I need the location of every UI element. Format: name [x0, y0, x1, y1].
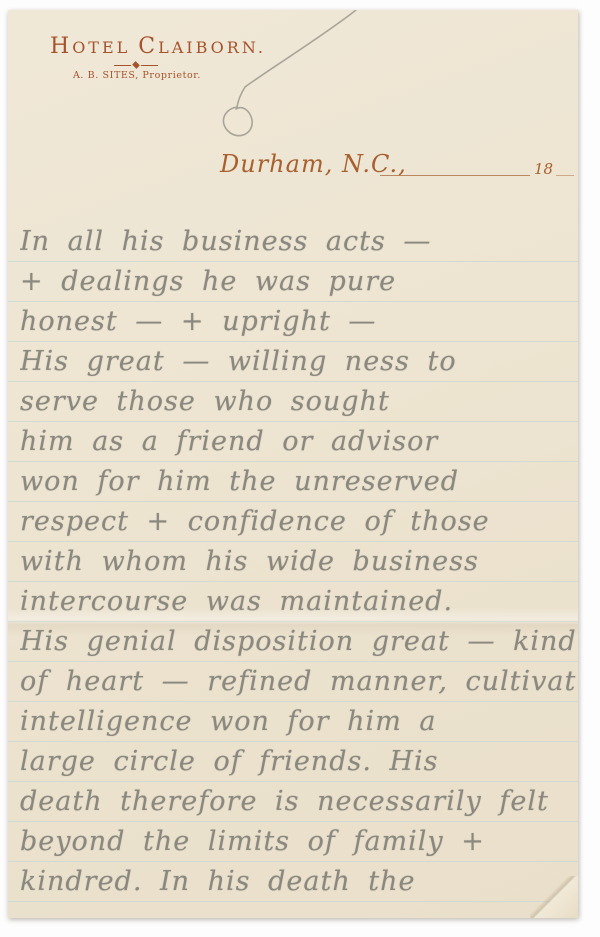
letter-line: large circle of friends. His — [20, 742, 576, 782]
letter-line: His great — willing ness to — [20, 342, 576, 382]
letter-line: His genial disposition great — kindness — [20, 622, 576, 662]
letter-line: respect + confidence of those — [20, 502, 576, 542]
letter-line: honest — + upright — — [20, 302, 576, 342]
letter-line: death therefore is necessarily felt — [20, 782, 576, 822]
letter-line: serve those who sought — [20, 382, 576, 422]
diamond-shape — [132, 61, 140, 69]
dateline-year-prefix: 18 — [534, 160, 553, 178]
dateline-blank-line — [380, 146, 530, 176]
diamond-rule-icon — [114, 62, 158, 68]
letter-line: beyond the limits of family + — [20, 822, 576, 862]
letter-line: him as a friend or advisor — [20, 422, 576, 462]
hotel-name-text: H — [50, 34, 72, 59]
hotel-name-text: LAIBORN. — [158, 38, 266, 57]
letter-paper: HOTELCLAIBORN. A. B. SITES, Proprietor. … — [8, 10, 578, 918]
letter-line: of heart — refined manner, cultivated — [20, 662, 576, 702]
divider-rule-right — [141, 65, 158, 66]
letter-line: won for him the unreserved — [20, 462, 576, 502]
dateline-year-blank — [556, 146, 574, 176]
proprietor-line: A. B. SITES, Proprietor. — [64, 70, 210, 81]
letter-line: intercourse was maintained. — [20, 582, 576, 622]
letter-line: kindred. In his death the — [20, 862, 576, 902]
letter-body: In all his business acts — + dealings he… — [20, 222, 576, 902]
pencil-flourish-mark — [8, 10, 578, 160]
letter-line: with whom his wide business — [20, 542, 576, 582]
letter-line: + dealings he was pure — [20, 262, 576, 302]
letter-line: intelligence won for him a — [20, 702, 576, 742]
dateline-place: Durham, N.C., — [220, 150, 407, 178]
hotel-name-text: C — [138, 34, 158, 59]
letter-line: In all his business acts — — [20, 222, 576, 262]
divider-rule-left — [114, 65, 131, 66]
hotel-name: HOTELCLAIBORN. — [50, 34, 266, 59]
scan-background: { "letterhead": { "hotel_name_parts": [ … — [0, 0, 600, 937]
folded-corner — [530, 876, 578, 918]
hotel-name-text: OTEL — [72, 38, 130, 57]
